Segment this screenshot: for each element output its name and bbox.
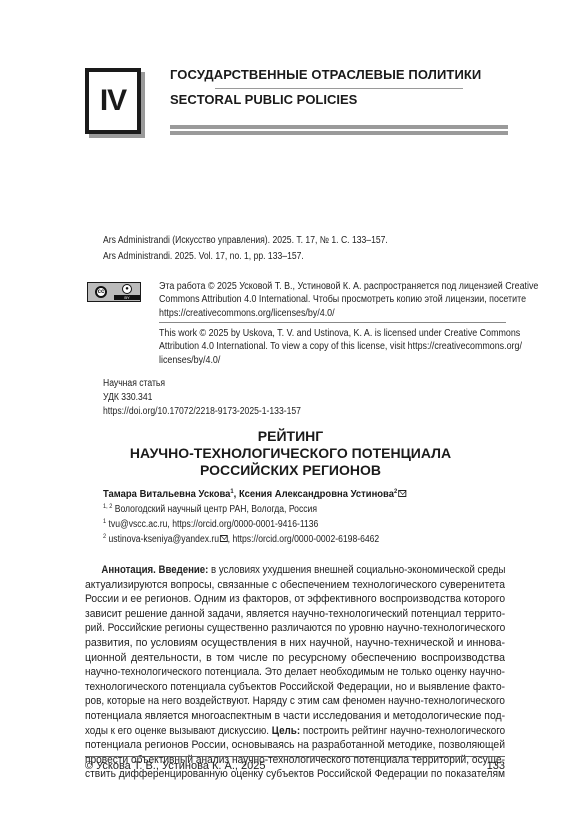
license-ru-link[interactable]: https://creativecommons.org/licenses/by/… bbox=[159, 307, 504, 320]
citation-en: Ars Administrandi. 2025. Vol. 17, no. 1,… bbox=[103, 251, 304, 262]
abstract-line: технологического потенциала субъектов Ро… bbox=[85, 680, 505, 695]
page-number: 133 bbox=[470, 760, 505, 772]
license-en-link-cont[interactable]: licenses/by/4.0/ bbox=[159, 354, 504, 367]
license-en-link[interactable]: Attribution 4.0 International. To view a… bbox=[159, 340, 504, 353]
cc-icon: cc bbox=[95, 286, 107, 298]
abstract-text: ходы к его оценке вызывают дискуссию. bbox=[85, 725, 272, 737]
section-title-en: SECTORAL PUBLIC POLICIES bbox=[170, 92, 357, 107]
section-title-divider bbox=[215, 88, 463, 89]
section-number: IV bbox=[100, 84, 126, 118]
contact-2-email[interactable]: ustinova-kseniya@yandex.ru bbox=[106, 534, 219, 545]
license-ru-line: Эта работа © 2025 Усковой Т. В., Устинов… bbox=[159, 280, 504, 293]
abstract-text: построить рейтинг научно-технологическог… bbox=[300, 725, 505, 737]
abstract-line: рий. Российские регионы существенно разл… bbox=[85, 621, 505, 636]
article-type: Научная статья bbox=[103, 378, 165, 389]
abstract-line: ционной деятельности, в том числе по рес… bbox=[85, 651, 505, 666]
abstract: Аннотация. Введение: в условиях ухудшени… bbox=[85, 563, 505, 782]
abstract-text: в условиях ухудшения внешней социально-э… bbox=[208, 564, 505, 576]
license-ru-line: Commons Attribution 4.0 International. Ч… bbox=[159, 293, 504, 306]
authors-line: Тамара Витальевна Ускова1, Ксения Алекса… bbox=[103, 488, 406, 500]
cc-by-license-badge[interactable]: cc ● BY bbox=[87, 282, 141, 302]
license-divider bbox=[159, 322, 506, 323]
abstract-line: потенциала является многоаспектным в час… bbox=[85, 709, 505, 724]
udc-code: УДК 330.341 bbox=[103, 392, 152, 403]
footer-divider bbox=[85, 756, 505, 757]
envelope-icon bbox=[220, 535, 228, 542]
abstract-line: ходы к его оценке вызывают дискуссию. Це… bbox=[85, 724, 505, 739]
contact-1-text[interactable]: tvu@vscc.ac.ru, https://orcid.org/0000-0… bbox=[106, 519, 318, 530]
contact-2-orcid[interactable]: , https://orcid.org/0000-0002-6198-6462 bbox=[228, 534, 380, 545]
license-text-ru: Эта работа © 2025 Усковой Т. В., Устинов… bbox=[159, 280, 504, 320]
abstract-line: развития, по условиям осуществления в ни… bbox=[85, 636, 505, 651]
section-title-ru: ГОСУДАРСТВЕННЫЕ ОТРАСЛЕВЫЕ ПОЛИТИКИ bbox=[170, 67, 481, 82]
abstract-line: ров, которые на него воздействуют. Наряд… bbox=[85, 694, 505, 709]
article-title-line-2: НАУЧНО-ТЕХНОЛОГИЧЕСКОГО ПОТЕНЦИАЛА bbox=[0, 445, 581, 462]
abstract-line: актуализируются вопросы, связанные с обе… bbox=[85, 578, 505, 593]
contact-1: 1 tvu@vscc.ac.ru, https://orcid.org/0000… bbox=[103, 518, 318, 530]
abstract-line: потенциала регионов России, основываясь … bbox=[85, 738, 505, 753]
header-rule-bottom bbox=[170, 131, 508, 135]
section-number-box: IV bbox=[85, 68, 141, 134]
author-2-sup: 2 bbox=[394, 488, 397, 495]
envelope-icon bbox=[398, 490, 406, 497]
goal-label: Цель: bbox=[272, 725, 300, 737]
license-text-en: This work © 2025 by Uskova, T. V. and Us… bbox=[159, 327, 504, 367]
footer-copyright: © Ускова Т. В., Устинова К. А., 2025 bbox=[85, 760, 266, 772]
abstract-line: научно-технологического потенциала. Это … bbox=[85, 665, 505, 680]
abstract-line: Аннотация. Введение: в условиях ухудшени… bbox=[85, 563, 505, 578]
contact-2: 2 ustinova-kseniya@yandex.ru, https://or… bbox=[103, 533, 379, 545]
abstract-line: России и ее регионов. Одним из факторов,… bbox=[85, 592, 505, 607]
header-rule-top bbox=[170, 125, 508, 129]
abstract-label: Аннотация. bbox=[101, 564, 155, 576]
article-title-line-1: РЕЙТИНГ bbox=[0, 428, 581, 445]
by-label: BY bbox=[114, 295, 140, 300]
citation-ru: Ars Administrandi (Искусство управления)… bbox=[103, 235, 388, 246]
license-en-line: This work © 2025 by Uskova, T. V. and Us… bbox=[159, 327, 504, 340]
author-2: Ксения Александровна Устинова bbox=[239, 488, 394, 500]
abstract-line: зависит решение данной задачи, является … bbox=[85, 607, 505, 622]
affiliation: 1, 2 Вологодский научный центр РАН, Воло… bbox=[103, 503, 317, 515]
doi-link[interactable]: https://doi.org/10.17072/2218-9173-2025-… bbox=[103, 406, 301, 417]
affiliation-sup: 1, 2 bbox=[103, 503, 112, 510]
attribution-person-icon: ● bbox=[122, 284, 132, 294]
intro-label: Введение: bbox=[158, 564, 208, 576]
article-title-line-3: РОССИЙСКИХ РЕГИОНОВ bbox=[0, 462, 581, 479]
author-1: Тамара Витальевна Ускова bbox=[103, 488, 230, 500]
affiliation-text: Вологодский научный центр РАН, Вологда, … bbox=[112, 504, 317, 515]
